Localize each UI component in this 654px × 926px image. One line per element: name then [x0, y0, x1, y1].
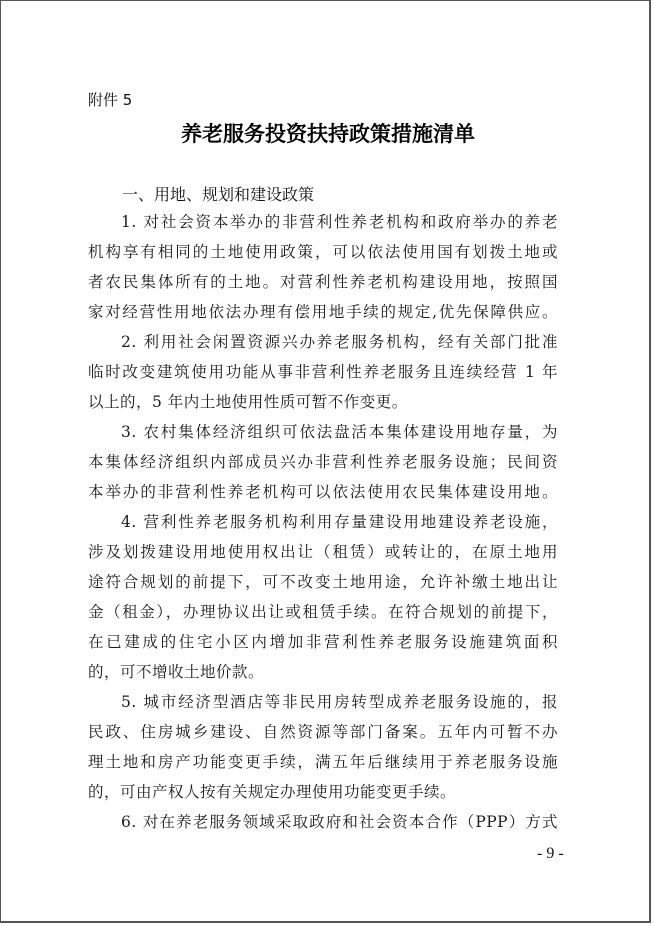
paragraph-3-line-3: 本举办的非营利性养老机构可以依法使用农民集体建设用地。: [88, 477, 558, 507]
paragraph-4-line-5: 在已建成的住宅小区内增加非营利性养老服务设施建筑面积: [88, 627, 558, 657]
paragraph-3-line-1: 3. 农村集体经济组织可依法盘活本集体建设用地存量，为: [88, 417, 558, 447]
paragraph-2-line-3: 以上的，5 年内土地使用性质可暂不作变更。: [88, 387, 558, 417]
document-title: 养老服务投资扶持政策措施清单: [1, 118, 654, 148]
paragraph-4-line-6: 的，可不增收土地价款。: [88, 657, 558, 687]
paragraph-3-line-2: 本集体经济组织内部成员兴办非营利性养老服务设施；民间资: [88, 447, 558, 477]
paragraph-5-line-3: 理土地和房产功能变更手续，满五年后继续用于养老服务设施: [88, 747, 558, 777]
paragraph-4-line-2: 涉及划拨建设用地使用权出让（租赁）或转让的，在原土地用: [88, 537, 558, 567]
paragraph-2-line-1: 2. 利用社会闲置资源兴办养老服务机构，经有关部门批准: [88, 327, 558, 357]
attachment-label: 附件 5: [88, 89, 132, 110]
document-body: 1. 对社会资本举办的非营利性养老机构和政府举办的养老 机构享有相同的土地使用政…: [88, 207, 558, 837]
paragraph-4-line-1: 4. 营利性养老服务机构利用存量建设用地建设养老设施，: [88, 507, 558, 537]
paragraph-1-line-4: 家对经营性用地依法办理有偿用地手续的规定,优先保障供应。: [88, 297, 558, 327]
paragraph-5-line-1: 5. 城市经济型酒店等非民用房转型成养老服务设施的，报: [88, 687, 558, 717]
document-page: 附件 5 养老服务投资扶持政策措施清单 一、用地、规划和建设政策 1. 对社会资…: [0, 0, 651, 923]
paragraph-5-line-4: 的，可由产权人按有关规定办理使用功能变更手续。: [88, 777, 558, 807]
paragraph-1-line-1: 1. 对社会资本举办的非营利性养老机构和政府举办的养老: [88, 207, 558, 237]
paragraph-1-line-3: 者农民集体所有的土地。对营利性养老机构建设用地，按照国: [88, 267, 558, 297]
paragraph-5-line-2: 民政、住房城乡建设、自然资源等部门备案。五年内可暂不办: [88, 717, 558, 747]
section-heading: 一、用地、规划和建设政策: [122, 182, 314, 205]
paragraph-1-line-2: 机构享有相同的土地使用政策，可以依法使用国有划拨土地或: [88, 237, 558, 267]
paragraph-4-line-4: 金（租金），办理协议出让或租赁手续。在符合规划的前提下，: [88, 597, 558, 627]
paragraph-6-line-1: 6. 对在养老服务领域采取政府和社会资本合作（PPP）方式: [88, 807, 558, 837]
paragraph-2-line-2: 临时改变建筑使用功能从事非营利性养老服务且连续经营 1 年: [88, 357, 558, 387]
paragraph-4-line-3: 途符合规划的前提下，可不改变土地用途，允许补缴土地出让: [88, 567, 558, 597]
page-number: - 9 -: [537, 845, 564, 863]
